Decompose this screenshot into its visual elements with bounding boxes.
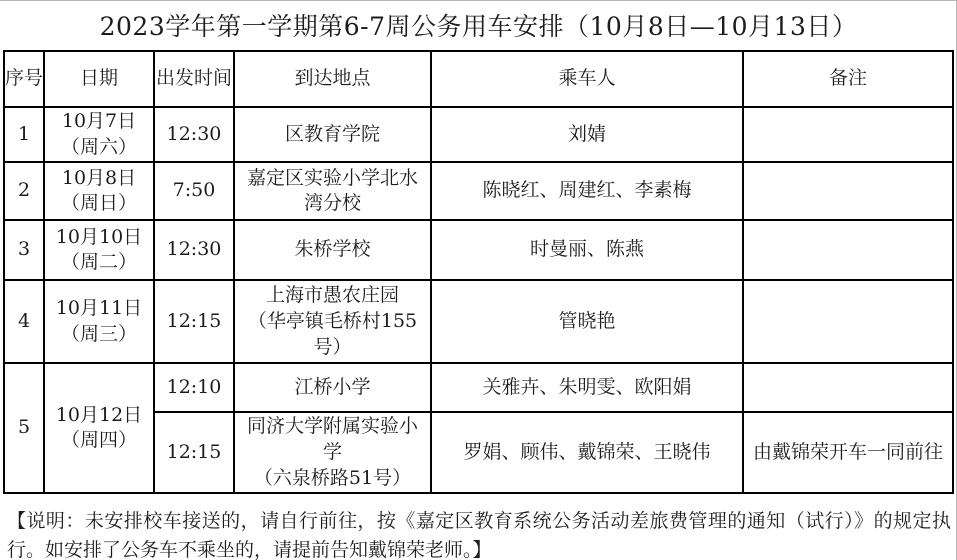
table-header-row: 序号 日期 出发时间 到达地点 乘车人 备注 <box>4 51 953 107</box>
cell-passengers: 陈晓红、周建红、李素梅 <box>431 162 743 220</box>
schedule-table: 序号 日期 出发时间 到达地点 乘车人 备注 1 10月7日 （周六） 12:3… <box>3 50 954 494</box>
cell-destination: 同济大学附属实验小学 （六泉桥路51号） <box>234 412 431 493</box>
cell-remark <box>743 363 953 412</box>
cell-passengers: 时曼丽、陈燕 <box>431 220 743 280</box>
cell-seq: 2 <box>4 162 44 220</box>
table-row: 2 10月8日 （周日） 7:50 嘉定区实验小学北水湾分校 陈晓红、周建红、李… <box>4 162 953 220</box>
cell-remark: 由戴锦荣开车一同前往 <box>743 412 953 493</box>
cell-date: 10月8日 （周日） <box>44 162 154 220</box>
cell-date: 10月11日 （周三） <box>44 280 154 363</box>
cell-depart-time: 12:30 <box>154 107 234 162</box>
cell-remark <box>743 280 953 363</box>
col-header-passengers: 乘车人 <box>431 51 743 107</box>
cell-date: 10月10日 （周二） <box>44 220 154 280</box>
cell-date: 10月12日 （周四） <box>44 363 154 493</box>
page-title: 2023学年第一学期第6-7周公务用车安排（10月8日—10月13日） <box>0 0 957 50</box>
cell-remark <box>743 220 953 280</box>
table-row: 4 10月11日 （周三） 12:15 上海市愚农庄园 （华亭镇毛桥村155号）… <box>4 280 953 363</box>
cell-passengers: 管晓艳 <box>431 280 743 363</box>
document-page: 2023学年第一学期第6-7周公务用车安排（10月8日—10月13日） 序号 日… <box>0 0 957 560</box>
col-header-depart-time: 出发时间 <box>154 51 234 107</box>
cell-passengers: 罗娟、顾伟、戴锦荣、王晓伟 <box>431 412 743 493</box>
cell-passengers: 刘婧 <box>431 107 743 162</box>
cell-date: 10月7日 （周六） <box>44 107 154 162</box>
cell-depart-time: 12:30 <box>154 220 234 280</box>
cell-seq: 4 <box>4 280 44 363</box>
cell-destination: 嘉定区实验小学北水湾分校 <box>234 162 431 220</box>
col-header-date: 日期 <box>44 51 154 107</box>
cell-destination: 上海市愚农庄园 （华亭镇毛桥村155号） <box>234 280 431 363</box>
table-row: 1 10月7日 （周六） 12:30 区教育学院 刘婧 <box>4 107 953 162</box>
table-row: 3 10月10日 （周二） 12:30 朱桥学校 时曼丽、陈燕 <box>4 220 953 280</box>
table-row: 5 10月12日 （周四） 12:10 江桥小学 关雅卉、朱明雯、欧阳娟 <box>4 363 953 412</box>
col-header-seq: 序号 <box>4 51 44 107</box>
cell-destination: 江桥小学 <box>234 363 431 412</box>
cell-depart-time: 12:10 <box>154 363 234 412</box>
cell-depart-time: 12:15 <box>154 412 234 493</box>
col-header-remark: 备注 <box>743 51 953 107</box>
cell-destination: 朱桥学校 <box>234 220 431 280</box>
cell-remark <box>743 162 953 220</box>
cell-seq: 5 <box>4 363 44 493</box>
cell-seq: 1 <box>4 107 44 162</box>
cell-seq: 3 <box>4 220 44 280</box>
cell-destination: 区教育学院 <box>234 107 431 162</box>
cell-remark <box>743 107 953 162</box>
col-header-destination: 到达地点 <box>234 51 431 107</box>
cell-depart-time: 7:50 <box>154 162 234 220</box>
cell-passengers: 关雅卉、朱明雯、欧阳娟 <box>431 363 743 412</box>
cell-depart-time: 12:15 <box>154 280 234 363</box>
footer-note: 【说明：未安排校车接送的，请自行前往，按《嘉定区教育系统公务活动差旅费管理的通知… <box>0 494 957 560</box>
